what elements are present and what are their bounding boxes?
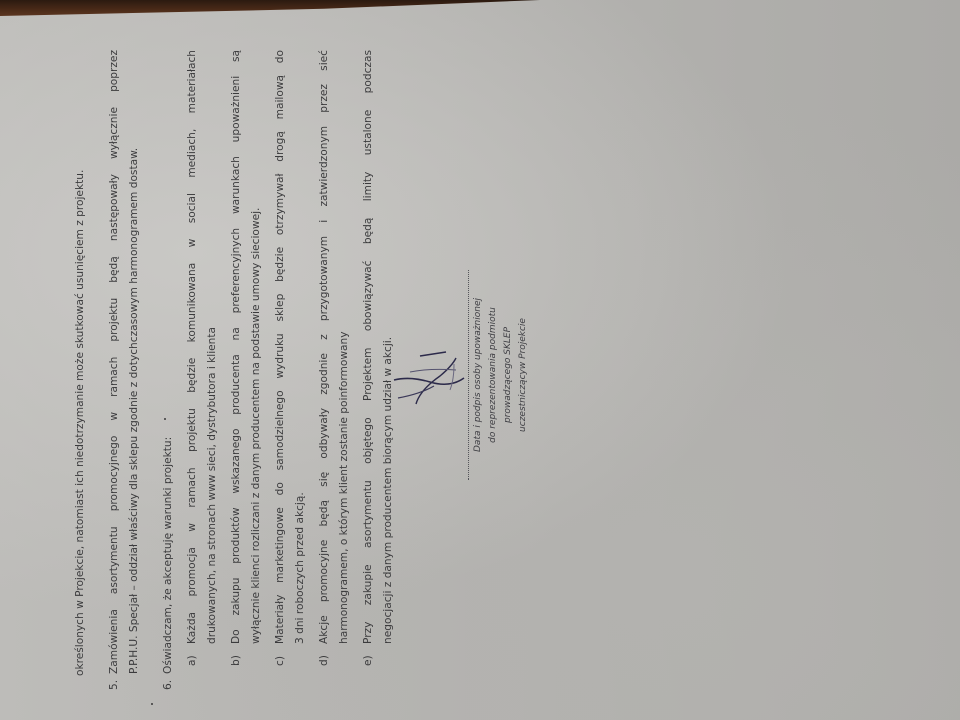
paper-speck bbox=[151, 703, 153, 705]
subitem-e-line-1: Przy zakupie asortymentu objętego Projek… bbox=[358, 50, 378, 644]
item-5-line-2: P.P.H.U. Specjał – oddział właściwy dla … bbox=[124, 50, 144, 674]
subitem-d-line-2: harmonogramem, o którym klient zostanie … bbox=[334, 50, 354, 644]
subitem-letter: d) bbox=[314, 644, 354, 674]
subitem-b: b) Do zakupu produktów wskazanego produc… bbox=[226, 50, 266, 674]
signature-dotted-line bbox=[468, 270, 469, 480]
subitem-c-line-2: 3 dni roboczych przed akcją. bbox=[290, 50, 310, 644]
document-page: określonych w Projekcie, natomiast ich n… bbox=[70, 50, 630, 690]
subitem-a-line-2: drukowanych, na stronach www sieci, dyst… bbox=[202, 50, 222, 644]
subitem-a: a) Każda promocja w ramach projektu będz… bbox=[182, 50, 222, 674]
item-5-line-1: Zamówienia asortymentu promocyjnego w ra… bbox=[104, 50, 124, 674]
subitem-a-line-1: Każda promocja w ramach projektu będzie … bbox=[182, 50, 202, 644]
subitem-c-line-1: Materiały marketingowe do samodzielnego … bbox=[270, 50, 290, 644]
subitem-letter: e) bbox=[358, 644, 398, 674]
item-6-heading: Oświadczam, że akceptuję warunki projekt… bbox=[158, 50, 178, 674]
item-number: 6. bbox=[158, 674, 398, 690]
item-5: 5. Zamówienia asortymentu promocyjnego w… bbox=[104, 50, 144, 690]
item-number: 5. bbox=[104, 674, 144, 690]
subitem-letter: a) bbox=[182, 644, 222, 674]
intro-continuation: określonych w Projekcie, natomiast ich n… bbox=[70, 50, 90, 676]
signature-caption-line: do reprezentowania podmiotu bbox=[486, 270, 501, 480]
subitem-letter: b) bbox=[226, 644, 266, 674]
item-6: 6. Oświadczam, że akceptuję warunki proj… bbox=[158, 50, 398, 690]
subitem-letter: c) bbox=[270, 644, 310, 674]
signature-caption: Data i podpis osoby upoważnionej do repr… bbox=[468, 270, 531, 480]
signature-caption-line: prowadzącego SKLEP bbox=[501, 270, 516, 480]
subitem-d-line-1: Akcje promocyjne będą się odbywały zgodn… bbox=[314, 50, 334, 644]
paper-speck bbox=[164, 418, 166, 420]
signature-caption-line: uczestniczącyw Projekcie bbox=[516, 270, 531, 480]
signature-caption-line: Data i podpis osoby upoważnionej bbox=[471, 270, 486, 480]
subitem-d: d) Akcje promocyjne będą się odbywały zg… bbox=[314, 50, 354, 674]
subitem-c: c) Materiały marketingowe do samodzielne… bbox=[270, 50, 310, 674]
subitem-b-line-1: Do zakupu produktów wskazanego producent… bbox=[226, 50, 246, 644]
subitem-b-line-2: wyłącznie klienci rozliczani z danym pro… bbox=[246, 50, 266, 644]
handwritten-signature bbox=[390, 310, 470, 450]
